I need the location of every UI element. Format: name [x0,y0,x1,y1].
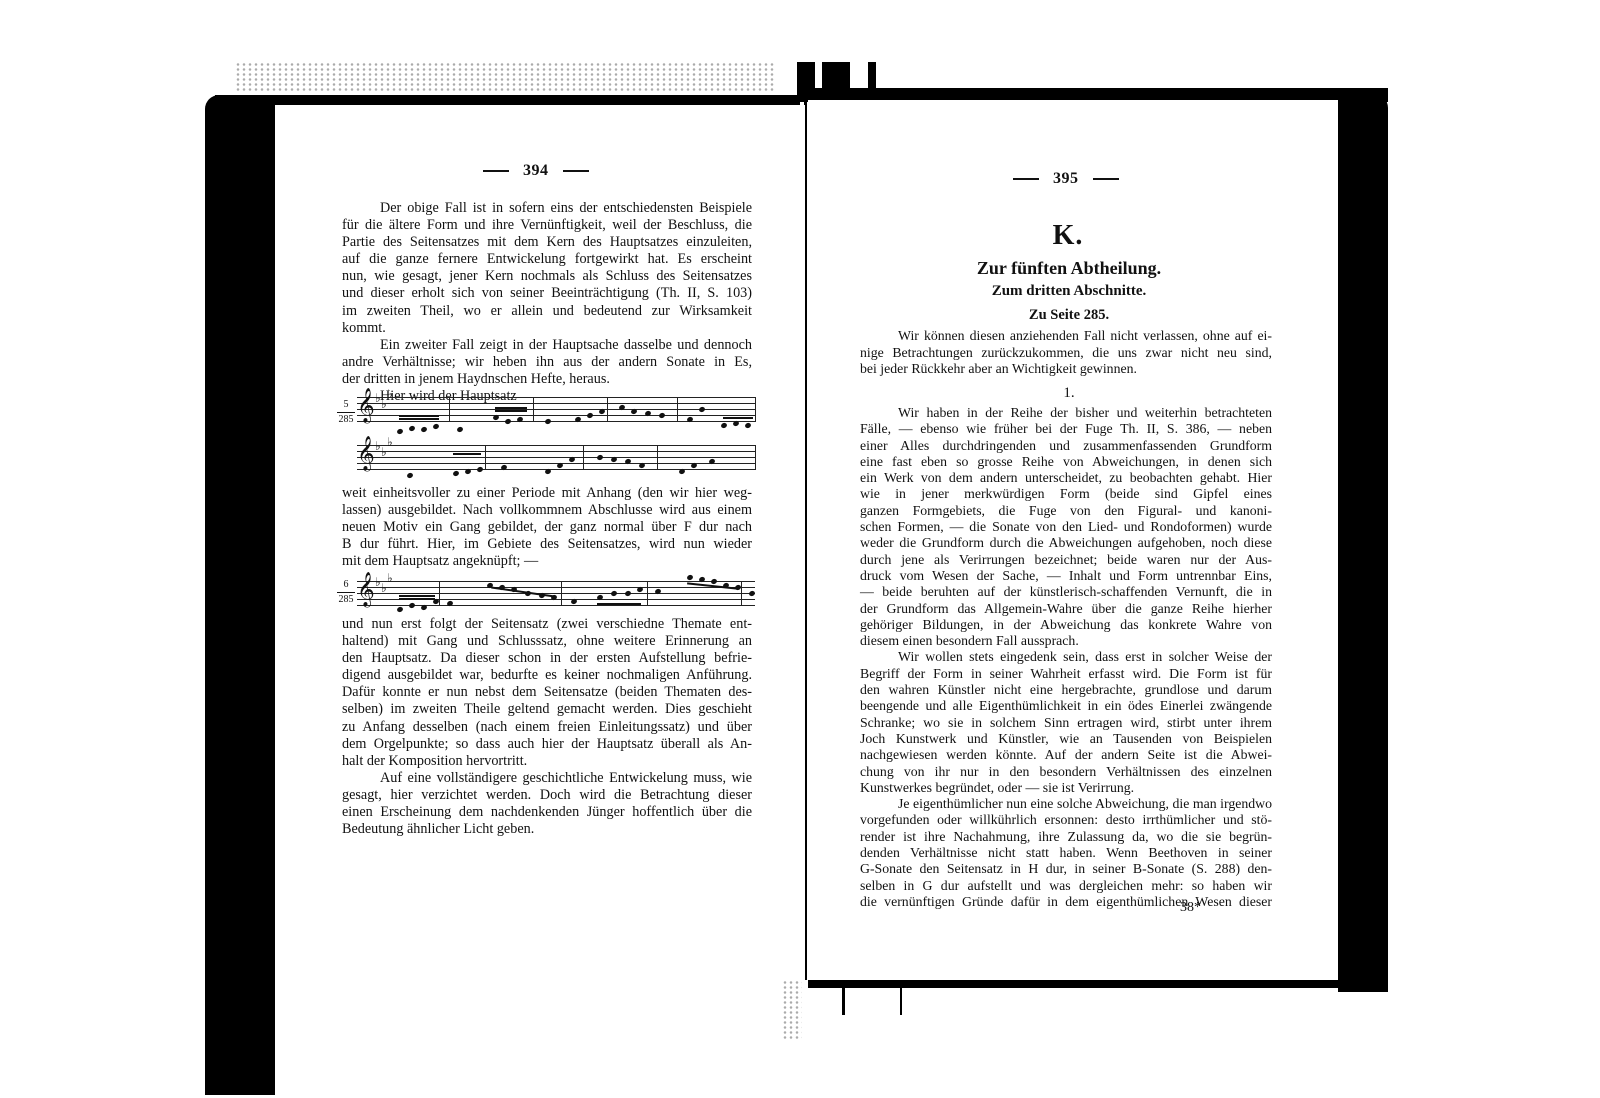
treble-clef-icon: 𝄞 [357,439,375,469]
left-paragraph-1: Der obige Fall ist in sofern eins der en… [342,200,752,405]
right-page-number: 395 [1013,170,1119,188]
text-line: die vernünftigen Gründe dafür in dem eig… [860,894,1272,910]
text-line: diesem einen besondern Fall aussprach. [860,633,1272,649]
example-page-ref: 285 [339,594,354,605]
text-line: denden Verhältnisse nicht statt haben. W… [860,845,1272,861]
text-line: kommt. [342,320,752,337]
folio-dash [1093,178,1119,180]
text-line: ganzen Formgebiets, die Fuge von den Fig… [860,503,1272,519]
text-line: durch jene als Verirrungen bezeichnet; b… [860,552,1272,568]
page-reference: Zu Seite 285. [804,307,1334,324]
text-line: lassen) ausgebildet. Nach vollkommnem Ab… [342,502,752,519]
text-line: im zweiten Theil, wo er allein und bedeu… [342,303,752,320]
text-line: Ein zweiter Fall zeigt in der Hauptsache… [342,337,752,354]
text-line: Partie des Seitensatzes mit dem Kern des… [342,234,752,251]
text-line: zu Anfang desselben (nach einem freien E… [342,719,752,736]
text-line: halt der Komposition hervortritt. [342,753,752,770]
text-line: ein Werk von dem andern unterscheidet, z… [860,470,1272,486]
music-example-5: 5 285 𝄞 ♭♭♭ [337,393,755,473]
left-paragraph-5: und nun erst folgt der Seitensatz (zwei … [342,616,752,838]
book-scan: 394 Der obige Fall ist in sofern eins de… [0,0,1600,1098]
text-line: Dafür konnte er nun nebst dem Seitensatz… [342,684,752,701]
scan-mark [900,985,902,1015]
text-line: einer Alles durchdringenden und zusammen… [860,438,1272,454]
scan-noise-top-left [235,62,775,92]
page-number-395: 395 [1053,170,1079,188]
text-line: dem Orgelpunkte; so dass auch hier der H… [342,736,752,753]
example-number-value: 5 [344,399,349,410]
folio-dash [1013,178,1039,180]
scan-noise-bottom [782,980,802,1040]
example-number-value: 6 [344,579,349,590]
text-line: wie in jener merkwürdigen Form (beide si… [860,486,1272,502]
text-line: haltend) mit Gang und Schlusssatz, ohne … [342,633,752,650]
text-line: digend ausgebildet war, bedurfte es kein… [342,667,752,684]
text-line: Wir können diesen anziehenden Fall nicht… [860,328,1272,345]
text-line: der dritten in jenem Haydnschen Hefte, h… [342,371,752,388]
text-line: Kunstwerkes begründet, oder — sie ist Ve… [860,780,1272,796]
text-line: auf die ganze fernere Entwickelung fortg… [342,251,752,268]
text-line: Je eigenthümlicher nun eine solche Abwei… [860,796,1272,812]
text-line: nige Betrachtungen zurückzukommen, die u… [860,345,1272,362]
right-page: 395 K. Zur fünften Abtheilung. Zum dritt… [808,100,1338,980]
example-number: 5 285 [337,399,355,426]
signature-mark: 38* [1180,900,1201,916]
text-line: für die ältere Form und ihre Vernünftigk… [342,217,752,234]
music-example-6: 6 285 𝄞 ♭♭♭ [337,577,755,613]
text-line: Wir wollen stets eingedenk sein, dass er… [860,649,1272,665]
text-line: weit einheitsvoller zu einer Periode mit… [342,485,752,502]
text-line: der Grundform das Allgemein-Wahre über d… [860,601,1272,617]
example-number: 6 285 [337,579,355,606]
text-line: chung von ihr nur in den besondern Verhä… [860,764,1272,780]
treble-clef-icon: 𝄞 [357,391,375,421]
text-line: und nun erst folgt der Seitensatz (zwei … [342,616,752,633]
left-paragraph-4: weit einheitsvoller zu einer Periode mit… [342,485,752,570]
text-line: gehöriger Bildungen, in der Abweichung d… [860,617,1272,633]
text-line: eine fast eben so grosse Reihe von Abwei… [860,454,1272,470]
text-line: render ist ihre Nachahmung, ihre Zulassu… [860,829,1272,845]
text-line: Fälle, — ebenso wie früher bei der Fuge … [860,421,1272,437]
text-line: Wir haben in der Reihe der bisher und we… [860,405,1272,421]
section-subtitle: Zum dritten Abschnitte. [804,283,1334,300]
page-number-394: 394 [523,162,549,180]
folio-dash [483,170,509,172]
scan-mark [842,985,845,1015]
right-intro: Wir können diesen anziehenden Fall nicht… [860,328,1272,378]
text-line: vorgefunden oder willkührlich ersonnen: … [860,812,1272,828]
text-line: bei jeder Rückkehr aber an Wichtigkeit g… [860,361,1272,378]
text-line: G-Sonate den Seitensatz in H dur, in sei… [860,861,1272,877]
text-line: schen Formen, — die Sonate von den Lied-… [860,519,1272,535]
text-line: den wahren Künstler nicht eine hergebrac… [860,682,1272,698]
section-title: Zur fünften Abtheilung. [804,258,1334,279]
text-line: Bedeutung ähnlicher Licht geben. [342,821,752,838]
text-line: den Hauptsatz. Da dieser schon in der er… [342,650,752,667]
text-line: selben in G dur aufstellt und was dergle… [860,878,1272,894]
right-paragraph-1: Wir haben in der Reihe der bisher und we… [860,405,1272,910]
right-page-outer-edge [1338,92,1388,992]
text-line: Auf eine vollständigere geschichtliche E… [342,770,752,787]
section-number: 1. [804,385,1334,402]
text-line: nachgewiesen werden könnte. Auf der ande… [860,747,1272,763]
section-letter: K. [803,220,1333,252]
text-line: weder die Grundform durch die Abweichung… [860,535,1272,551]
text-line: beengende und alle Eigenthümlichkeit in … [860,698,1272,714]
text-line: mit dem Hauptsatz angeknüpft; — [342,553,752,570]
staff-2: 𝄞 ♭♭♭ [357,441,755,475]
text-line: Der obige Fall ist in sofern eins der en… [342,200,752,217]
example-page-ref: 285 [339,414,354,425]
text-line: andre Verhältnisse; wir heben ihn aus de… [342,354,752,371]
text-line: druck vom Wesen der Sache, — Inhalt und … [860,568,1272,584]
text-line: Joch Kunstwerk und Künstler, wie an Taus… [860,731,1272,747]
text-line: B dur führt. Hier, im Gebiete des Seiten… [342,536,752,553]
text-line: neuen Motiv ein Gang gebildet, der ganz … [342,519,752,536]
text-line: und dieser erholt sich von seiner Beeint… [342,285,752,302]
staff-1: 𝄞 ♭♭♭ [357,393,755,427]
staff-3: 𝄞 ♭♭♭ [357,577,755,611]
text-line: gesagt, hier verzichtet werden. Doch wir… [342,787,752,804]
text-line: nun, wie gesagt, jener Kern nochmals als… [342,268,752,285]
folio-dash [563,170,589,172]
left-page-number: 394 [483,162,589,180]
text-line: einen Erscheinung dem nachdenkenden Jüng… [342,804,752,821]
text-line: Begriff der Form in seiner Wahrheit erfa… [860,666,1272,682]
text-line: Schranke; wo sie in solchem Sinn ertrage… [860,715,1272,731]
text-line: — beide beruhten auf der künstlerisch-sc… [860,584,1272,600]
left-page-outer-edge [205,95,277,1095]
text-line: selben) im zweiten Theile geltend gemach… [342,701,752,718]
left-page: 394 Der obige Fall ist in sofern eins de… [275,105,805,1095]
treble-clef-icon: 𝄞 [357,575,375,605]
